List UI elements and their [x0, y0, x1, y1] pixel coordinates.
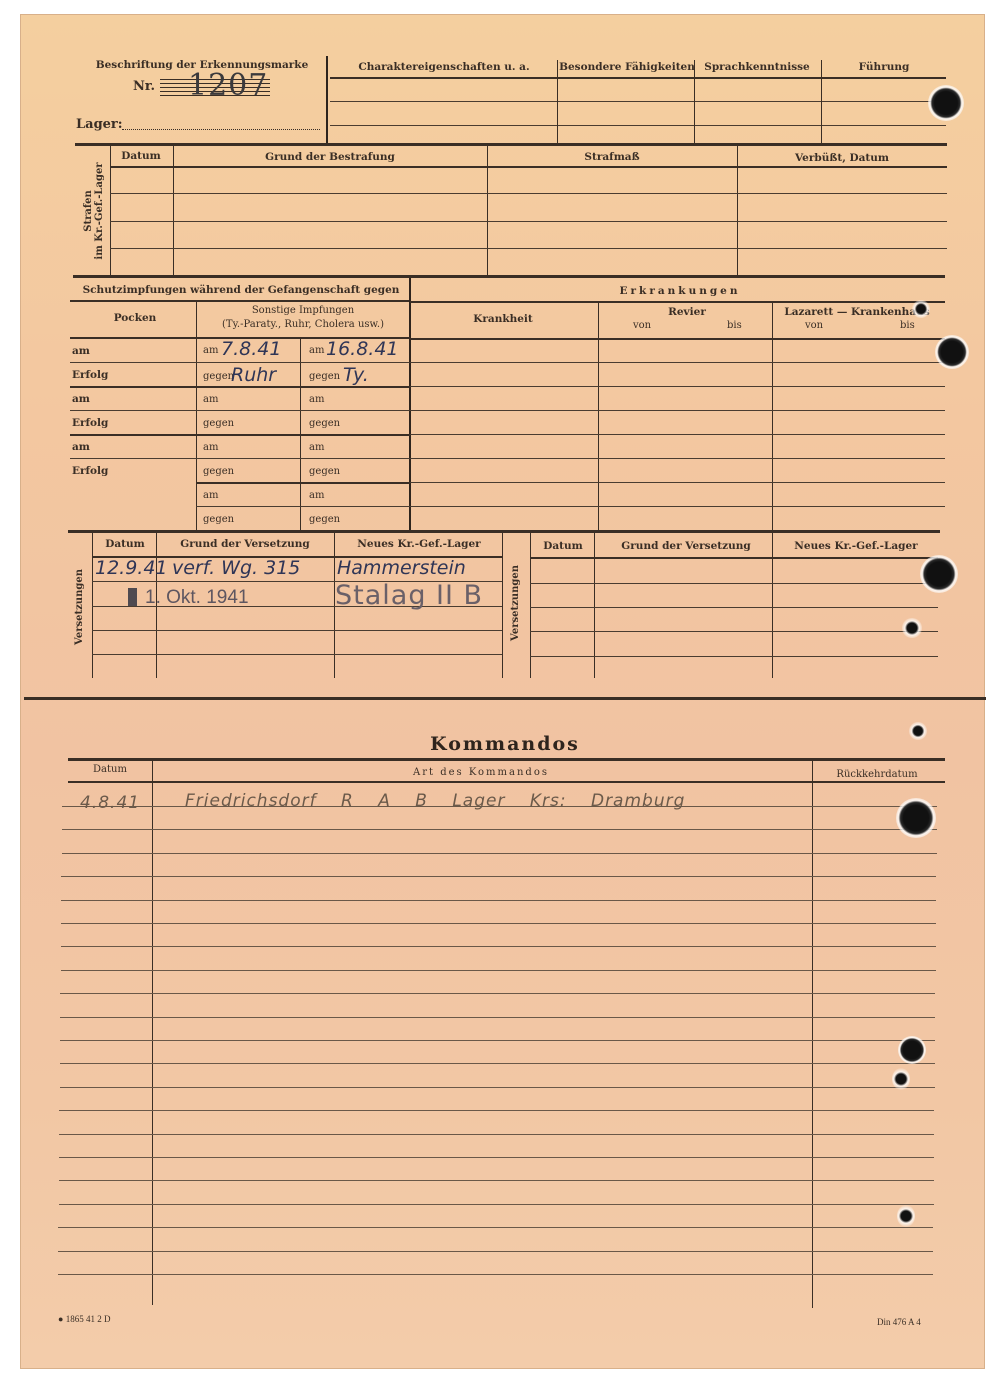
impf-entry-1-gegen: Ruhr [231, 364, 276, 386]
kommandos-row-line [61, 900, 936, 901]
rule [92, 630, 502, 631]
revier-label: Revier [668, 306, 706, 318]
impf-row-label: Erfolg [72, 417, 108, 429]
divider [821, 60, 822, 144]
kommandos-title: Kommandos [430, 733, 580, 755]
col-fuehrung: Führung [859, 61, 910, 73]
divider [152, 760, 153, 1305]
gegen-label: gegen [309, 514, 340, 525]
impf-row-label: am [72, 345, 90, 357]
rule [68, 530, 940, 533]
rule [410, 506, 945, 507]
rule [196, 506, 410, 507]
impf-row-label: am [72, 441, 90, 453]
am-label: am [203, 345, 218, 356]
rule [330, 77, 946, 79]
impf-row-label: Erfolg [72, 369, 108, 381]
rule [330, 101, 946, 102]
rule [73, 275, 945, 278]
kommandos-row-line [60, 1087, 935, 1088]
gegen-label: gegen [309, 418, 340, 429]
vers-stamp-lager: Stalag II B [335, 580, 483, 611]
gegen-label: gegen [309, 466, 340, 477]
divider [598, 302, 599, 530]
document-page [20, 14, 985, 1369]
kommandos-row-line [60, 1017, 935, 1018]
kom-col-datum: Datum [93, 764, 127, 775]
rule [530, 557, 938, 559]
footer-right: Din 476 A 4 [877, 1317, 921, 1327]
rule [68, 781, 945, 783]
kommandos-row-line [58, 1251, 933, 1252]
am-label: am [309, 345, 324, 356]
divider [694, 60, 695, 144]
divider [737, 145, 738, 275]
am-label: am [203, 442, 218, 453]
lazarett-label: Lazarett — Krankenhaus [784, 306, 929, 318]
gegen-label: gegen [203, 514, 234, 525]
lager-field[interactable] [122, 129, 320, 130]
kom-entry-1-art: Friedrichsdorf R A B Lager Krs: Dramburg [185, 791, 685, 811]
lazarett-bis: bis [900, 320, 915, 331]
strafen-col-strafmass: Strafmaß [584, 151, 639, 163]
nr-label: Nr. [133, 79, 155, 94]
strafen-col-grund: Grund der Bestrafung [265, 151, 395, 163]
impfungen-title: Schutzimpfungen während der Gefangenscha… [83, 284, 400, 296]
lazarett-von: von [805, 320, 823, 331]
kommandos-row-line [58, 1227, 933, 1228]
punch-hole [898, 1036, 926, 1064]
rule [110, 193, 947, 194]
rule [70, 458, 410, 459]
kommandos-row-line [59, 1134, 934, 1135]
divider [409, 278, 411, 530]
punch-hole [902, 618, 922, 638]
kommandos-row-line [59, 1180, 934, 1181]
divider [487, 145, 488, 275]
rule [410, 434, 945, 435]
rule [70, 362, 410, 363]
rule [110, 221, 947, 222]
kommandos-row-line [60, 1040, 935, 1041]
nr-value: 1207 [188, 68, 268, 103]
strafen-col-verbuesst: Verbüßt, Datum [795, 152, 889, 164]
rule [330, 125, 946, 126]
punch-hole [892, 1068, 910, 1090]
rule [530, 656, 938, 657]
col-charaktereigenschaften: Charaktereigenschaften u. a. [358, 61, 529, 73]
impf-entry-2-date: 16.8.41 [326, 338, 399, 360]
kommandos-row-line [62, 853, 937, 854]
rule [410, 386, 945, 387]
divider [173, 145, 174, 275]
gegen-label: gegen [309, 371, 340, 382]
strafen-side-label: Strafenim Kr.-Gef.-Lager [83, 156, 107, 266]
kommandos-row-line [60, 993, 935, 994]
vers-entry-1-grund: verf. Wg. 315 [172, 557, 300, 579]
kommandos-row-line [61, 923, 936, 924]
gegen-label: gegen [203, 371, 234, 382]
sonstige-label: Sonstige Impfungen [252, 305, 354, 316]
kommandos-row-line [61, 876, 936, 877]
vers-col-grund-2: Grund der Versetzung [621, 540, 750, 552]
krankheit-label: Krankheit [473, 313, 533, 325]
strafen-col-datum: Datum [121, 150, 161, 162]
vers-col-lager-2: Neues Kr.-Gef.-Lager [794, 540, 917, 552]
divider [110, 145, 111, 275]
punch-hole [928, 85, 964, 121]
kommandos-row-line [60, 1063, 935, 1064]
vers-entry-1-datum: 12.9.41 [95, 557, 168, 579]
rule [110, 166, 947, 168]
rule [530, 583, 938, 584]
vers-entry-1-lager: Hammerstein [337, 557, 466, 579]
rule [70, 386, 410, 388]
kommandos-row-line [59, 1110, 934, 1111]
vers-col-grund: Grund der Versetzung [180, 538, 309, 550]
rule [75, 143, 947, 146]
vers-col-datum: Datum [105, 538, 145, 550]
kommandos-row-line [59, 1157, 934, 1158]
rule [70, 300, 410, 302]
rule [70, 410, 410, 411]
kommandos-row-line [62, 829, 937, 830]
divider [326, 56, 328, 144]
divider [812, 760, 813, 1308]
lager-label: Lager: [76, 117, 123, 132]
rule [110, 248, 947, 249]
divider [772, 302, 773, 530]
kom-col-rueckkehr: Rückkehrdatum [836, 769, 917, 780]
footer-left: ● 1865 41 2 D [58, 1314, 110, 1324]
impf-row-label: am [72, 393, 90, 405]
divider [557, 60, 558, 144]
punch-hole [909, 722, 927, 740]
impf-entry-2-gegen: Ty. [343, 364, 369, 386]
divider [196, 300, 197, 530]
versetzungen-side-label-left: Versetzungen [74, 562, 88, 652]
col-sprachkenntnisse: Sprachkenntnisse [704, 61, 810, 73]
gegen-label: gegen [203, 418, 234, 429]
rule [530, 631, 938, 632]
am-label: am [203, 394, 218, 405]
rule [196, 482, 410, 484]
kom-col-art: Art des Kommandos [413, 767, 549, 778]
punch-hole [935, 335, 969, 369]
punch-hole [920, 555, 958, 593]
punch-hole [897, 1205, 915, 1227]
gegen-label: gegen [203, 466, 234, 477]
rule [410, 338, 945, 340]
impf-row-label: Erfolg [72, 465, 108, 477]
erkrankungen-title: Erkrankungen [620, 285, 741, 297]
col-besondere-faehigkeiten: Besondere Fähigkeiten [559, 61, 695, 73]
kommandos-row-line [59, 1204, 934, 1205]
am-label: am [309, 490, 324, 501]
punch-hole [896, 798, 936, 838]
rule [410, 482, 945, 483]
rule [410, 301, 945, 303]
rule [92, 654, 502, 655]
rule [410, 362, 945, 363]
kommandos-row-line [61, 946, 936, 947]
vers-col-lager: Neues Kr.-Gef.-Lager [357, 538, 480, 550]
am-label: am [309, 394, 324, 405]
rule [410, 458, 945, 459]
fold-line [24, 697, 986, 700]
revier-von: von [633, 320, 651, 331]
kommandos-row-line [61, 970, 936, 971]
am-label: am [309, 442, 324, 453]
kommandos-row-line [58, 1274, 933, 1275]
punch-hole [912, 300, 930, 318]
vers-stamp-date: 1. Okt. 1941 [128, 587, 249, 609]
divider [502, 533, 503, 678]
versetzungen-side-label-right: Versetzungen [510, 558, 524, 648]
rule [68, 758, 945, 761]
sonstige-sublabel: (Ty.-Paraty., Ruhr, Cholera usw.) [222, 319, 384, 330]
vers-col-datum-2: Datum [543, 540, 583, 552]
am-label: am [203, 490, 218, 501]
kom-entry-1-datum: 4.8.41 [80, 793, 140, 813]
pocken-label: Pocken [114, 312, 157, 324]
revier-bis: bis [727, 320, 742, 331]
rule [70, 434, 410, 436]
impf-entry-1-date: 7.8.41 [221, 338, 281, 360]
rule [410, 410, 945, 411]
rule [530, 607, 938, 608]
